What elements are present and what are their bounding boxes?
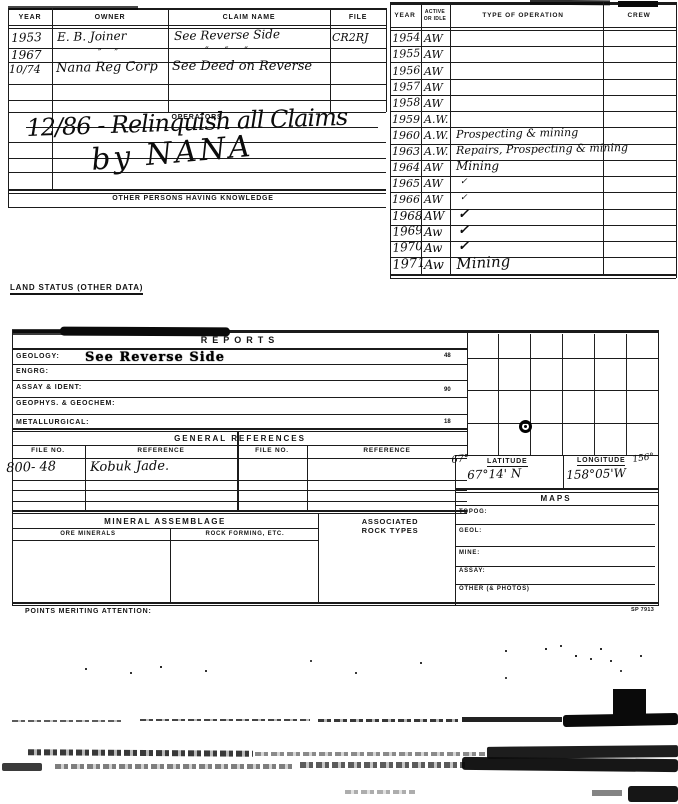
longitude-label: LONGITUDE [577, 457, 625, 466]
activity-status: A.W. [424, 130, 448, 141]
activity-status: AW [424, 210, 445, 222]
rule [52, 8, 53, 190]
rule [455, 455, 456, 605]
rule [170, 528, 171, 604]
maps-title: MAPS [540, 494, 571, 503]
scan-artifact [530, 0, 610, 5]
col-header-reference: REFERENCE [137, 447, 184, 454]
reference-file-no: 800- 48 [6, 460, 56, 475]
latitude-degrees-note: 67° [451, 454, 470, 466]
report-row-label: GEOLOGY: [16, 353, 60, 360]
report-geology-value-stamp: See Reverse Side [85, 350, 225, 365]
points-meriting-attention-label: POINTS MERITING ATTENTION: [25, 608, 152, 615]
activity-year: 1958 [392, 97, 421, 109]
rule [455, 524, 655, 525]
scan-artifact [628, 786, 678, 802]
rule [318, 513, 319, 604]
rule [12, 348, 467, 350]
activity-year: 1963 [392, 146, 420, 157]
rule [12, 513, 467, 514]
owner-row-ditto: ″ ″ [98, 49, 118, 59]
rule [12, 364, 467, 365]
owner-row-owner: Nana Reg Corp [56, 60, 158, 75]
rule [12, 480, 467, 481]
rule [467, 358, 658, 359]
scan-speckles [85, 668, 87, 670]
latitude-value: 67°14' N [467, 467, 522, 481]
activity-status: AW [424, 178, 443, 189]
rule [8, 207, 386, 208]
rule [390, 27, 676, 28]
rule [386, 8, 387, 112]
scan-artifact [592, 790, 622, 796]
maps-row-label: ASSAY: [459, 568, 485, 574]
scan-artifact [345, 790, 415, 794]
scan-artifact [28, 749, 253, 757]
owner-row-claim: See Reverse Side [174, 28, 280, 42]
rule [658, 330, 659, 606]
activity-operation: Prospecting & mining [456, 127, 578, 140]
owner-row-claim: See Deed on Reverse [172, 60, 312, 73]
scan-artifact [462, 757, 678, 772]
report-row-label: GEOPHYS. & GEOCHEM: [16, 400, 115, 407]
owner-row-year: 1953 [11, 31, 42, 44]
activity-status: AW [424, 66, 443, 77]
rule [455, 505, 658, 506]
rule [455, 566, 655, 567]
scan-artifact [300, 762, 465, 768]
rule [390, 95, 676, 96]
activity-check-mark: ✓ [460, 194, 468, 203]
reference-value: Kobuk Jade. [90, 460, 169, 474]
rule [455, 584, 655, 585]
rule [676, 2, 677, 278]
col-header-owner: OWNER [95, 14, 126, 21]
rule [307, 445, 308, 510]
report-page-number: 90 [444, 387, 451, 393]
col-header-file-no: FILE NO. [31, 447, 65, 454]
associated-rock-types-title: ASSOCIATED [362, 517, 419, 526]
rule [168, 8, 169, 112]
activity-year: 1956 [392, 65, 421, 77]
rule [12, 528, 318, 529]
rule [12, 445, 467, 446]
rule [12, 540, 318, 541]
scan-artifact [8, 6, 138, 10]
owner-row-file: CR2RJ [332, 32, 368, 43]
rule [330, 8, 331, 112]
col-header-file-no: FILE NO. [255, 447, 289, 454]
rule [12, 397, 467, 398]
activity-year: 1971 [392, 257, 426, 272]
report-page-number: 18 [444, 419, 451, 425]
rule [455, 455, 658, 456]
rule [12, 602, 658, 604]
col-header-type-of-operation: TYPE OF OPERATION [482, 12, 563, 19]
col-header-ore-minerals: ORE MINERALS [60, 531, 116, 537]
activity-year: 1966 [392, 194, 420, 205]
mining-claim-record-scan: YEAR OWNER CLAIM NAME FILE 1953 E. B. Jo… [0, 0, 678, 804]
rule [455, 546, 655, 547]
report-row-label: ENGRG: [16, 368, 49, 375]
reports-title: REPORTS [201, 335, 280, 345]
form-number: SP 7913 [631, 607, 654, 613]
activity-status: Aw [424, 259, 444, 272]
rule [12, 605, 658, 606]
scan-artifact [462, 717, 562, 722]
rule [390, 30, 676, 31]
rule [8, 193, 386, 194]
col-header-rock-forming: ROCK FORMING, ETC. [205, 531, 284, 537]
activity-operation: Repairs, Prospecting & mining [456, 142, 628, 156]
activity-year: 1970 [392, 240, 423, 254]
claim-location-marker-dot [524, 425, 527, 428]
mineral-assemblage-title: MINERAL ASSEMBLAGE [104, 517, 226, 526]
rule [455, 488, 658, 490]
scan-artifact [563, 713, 678, 727]
rule [237, 431, 239, 510]
scan-artifact [255, 752, 485, 756]
rule [390, 278, 676, 279]
activity-status: A.W. [424, 146, 448, 157]
activity-status: AW [424, 98, 443, 109]
rule [390, 111, 676, 112]
col-header-active-idle: ACTIVE [425, 9, 445, 15]
report-row-label: METALLURGICAL: [16, 419, 89, 426]
activity-year: 1964 [392, 162, 420, 173]
report-row-label: ASSAY & IDENT: [16, 384, 82, 391]
owner-row-owner: E. B. Joiner [57, 30, 126, 43]
maps-row-label: TOPOG: [459, 509, 487, 515]
activity-check-mark: ✓ [458, 224, 469, 237]
rule [450, 2, 451, 274]
location-grid [467, 334, 658, 455]
activity-year: 1957 [392, 81, 421, 93]
activity-year: 1960 [392, 130, 420, 141]
rule [467, 423, 658, 424]
rule [563, 455, 564, 489]
scan-artifact [55, 764, 295, 769]
col-header-year: YEAR [19, 14, 42, 21]
activity-year: 1954 [392, 32, 421, 44]
maps-row-label: OTHER (& PHOTOS) [459, 586, 530, 592]
activity-year: 1955 [392, 48, 421, 60]
activity-status: AW [424, 194, 443, 205]
activity-year: 1959 [392, 114, 420, 125]
owner-row-ditto: ″ ″ ″ [205, 47, 248, 57]
activity-status: AW [424, 33, 443, 44]
activity-year: 1968 [392, 210, 423, 222]
rule [12, 458, 467, 459]
rule [12, 431, 467, 432]
owner-row-year: 10/74 [9, 64, 41, 75]
rule [390, 79, 676, 80]
activity-status: Aw [424, 226, 442, 238]
report-page-number: 48 [444, 353, 451, 359]
rule [12, 414, 467, 415]
land-status-label: LAND STATUS (OTHER DATA) [10, 283, 143, 295]
rule [603, 2, 604, 274]
general-references-title: GENERAL REFERENCES [174, 434, 306, 443]
rule [390, 274, 676, 276]
owner-row-year: 1967 [11, 49, 42, 61]
activity-year: 1965 [392, 178, 420, 189]
rule [467, 390, 658, 391]
rule [390, 62, 676, 63]
activity-status: A.W. [424, 114, 448, 125]
rule [390, 2, 391, 278]
activity-check-mark: ✓ [460, 178, 468, 187]
rule [12, 490, 467, 491]
activity-operation: Mining [456, 254, 511, 272]
maps-row-label: GEOL: [459, 528, 482, 534]
rule [390, 46, 676, 47]
activity-check-mark: ✓ [458, 208, 469, 221]
scan-artifact [2, 763, 42, 771]
col-header-crew: CREW [627, 12, 650, 19]
rule [12, 428, 467, 430]
scan-artifact [12, 720, 122, 722]
scan-artifact [318, 719, 458, 722]
associated-rock-types-title: ROCK TYPES [362, 526, 419, 535]
rule [8, 8, 9, 208]
activity-status: AW [424, 49, 443, 60]
rule [8, 172, 386, 173]
rule [8, 189, 386, 191]
rule [12, 380, 467, 381]
col-header-claim-name: CLAIM NAME [223, 14, 276, 21]
scan-artifact [12, 329, 67, 335]
activity-operation: Mining [456, 160, 499, 172]
scan-artifact [618, 1, 658, 7]
maps-row-label: MINE: [459, 550, 480, 556]
other-persons-header: OTHER PERSONS HAVING KNOWLEDGE [112, 195, 274, 202]
activity-status: AW [424, 162, 443, 173]
activity-status: Aw [424, 242, 442, 254]
rule [12, 510, 467, 512]
activity-status: AW [424, 82, 443, 93]
longitude-degrees-note: 156° [632, 453, 655, 465]
rule [455, 492, 658, 493]
rule [12, 501, 467, 502]
col-header-year: YEAR [394, 12, 415, 19]
col-header-reference: REFERENCE [363, 447, 410, 454]
col-header-active-idle: OR IDLE [424, 16, 446, 22]
scan-artifact [140, 719, 310, 721]
activity-check-mark: ✓ [458, 240, 469, 253]
longitude-value: 158°05'W [566, 467, 626, 481]
col-header-file: FILE [349, 14, 367, 21]
rule [85, 445, 86, 510]
activity-year: 1969 [392, 224, 423, 238]
